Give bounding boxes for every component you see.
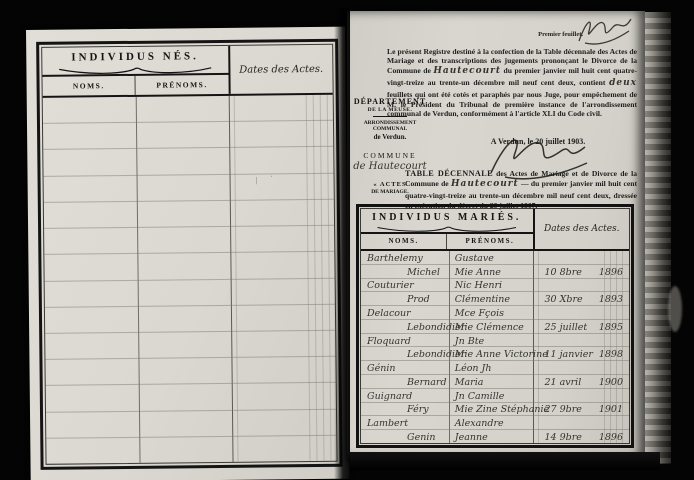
row-prenom: Jn Camille <box>451 392 533 402</box>
table-row: Delacour Mce Fçois <box>361 306 629 320</box>
row-date: 11 janvier <box>545 350 593 360</box>
row-nom: Guignard <box>361 392 451 402</box>
feuillets-count-handwritten: deux <box>609 78 637 88</box>
table-row-empty <box>43 95 333 124</box>
row-nom: Michel <box>361 268 451 278</box>
arrondissement-label: ARRONDISSEMENT COMMUNAL <box>349 120 431 132</box>
row-prenom: Nic Henri <box>451 281 533 291</box>
table-row-empty <box>44 252 334 281</box>
table-row: Lebondidier Mie Clémence 25 juillet1895 <box>361 320 629 334</box>
table-row: Michel Mie Anne 10 8bre1896 <box>361 265 629 279</box>
table-row-empty <box>43 147 333 176</box>
row-year: 1896 <box>599 433 623 443</box>
row-prenom: Jn Bte <box>451 337 533 347</box>
left-table-header: INDIVIDUS NÉS. NOMS. PRÉNOMS. Dates des … <box>42 45 333 98</box>
row-prenom: Mie Anne <box>451 268 533 278</box>
table-row: Prod Clémentine 30 Xbre1893 <box>361 292 629 306</box>
folio-label: Premier feuillet. <box>538 31 583 38</box>
departement-label: DÉPARTEMENT <box>349 97 431 106</box>
row-prenom: Maria <box>451 378 533 388</box>
table-row-empty <box>46 436 336 464</box>
row-date: 30 Xbre <box>545 295 583 305</box>
row-prenom: Jeanne <box>451 433 533 443</box>
row-date: 27 9bre <box>545 405 582 415</box>
left-table: INDIVIDUS NÉS. NOMS. PRÉNOMS. Dates des … <box>41 44 337 465</box>
table-row: Guignard Jn Camille <box>361 389 629 403</box>
married-table-title: INDIVIDUS MARIÉS. <box>361 209 533 226</box>
table-row-empty <box>45 278 335 307</box>
row-date: 25 juillet <box>545 323 588 333</box>
book-spine-shadow <box>334 8 350 480</box>
married-col-noms: NOMS. <box>361 234 447 249</box>
page-edge-highlight <box>668 286 682 332</box>
left-col-prenoms: PRÉNOMS. <box>136 75 228 95</box>
row-prenom: Mie Anne Victorine <box>451 350 533 360</box>
commune-label: COMMUNE <box>349 151 431 160</box>
row-nom: Couturier <box>361 281 451 291</box>
row-nom: Floquard <box>361 337 451 347</box>
row-nom: Lebondidier <box>361 323 451 333</box>
table-row: Barthelemy Gustave <box>361 251 629 265</box>
left-page-frame: INDIVIDUS NÉS. NOMS. PRÉNOMS. Dates des … <box>36 39 342 470</box>
left-subheader: NOMS. PRÉNOMS. <box>42 73 228 96</box>
row-prenom: Léon Jh <box>451 364 533 374</box>
row-prenom: Mie Zine Stéphanie <box>451 405 533 415</box>
married-dates-header: Dates des Actes. <box>533 209 629 249</box>
row-prenom: Gustave <box>451 254 533 264</box>
table-row-empty <box>45 331 335 360</box>
table-row-empty <box>44 173 334 202</box>
table-row-empty <box>43 121 333 150</box>
row-date: 10 8bre <box>545 268 582 278</box>
row-nom: Prod <box>361 295 451 305</box>
row-date: 14 9bre <box>545 433 582 443</box>
row-year: 1893 <box>599 295 623 305</box>
arrondissement-value: de Verdun. <box>349 133 431 141</box>
married-table-inner: INDIVIDUS MARIÉS. NOMS. PRÉNOMS. Dates d… <box>360 208 630 444</box>
row-nom: Génin <box>361 364 451 374</box>
left-col-noms: NOMS. <box>42 76 135 96</box>
married-table: INDIVIDUS MARIÉS. NOMS. PRÉNOMS. Dates d… <box>356 204 634 448</box>
table-row: Genin Jeanne 14 9bre1896 <box>361 430 629 443</box>
right-page: Premier feuillet. Le présent Registre de… <box>347 11 645 458</box>
row-prenom: Clémentine <box>451 295 533 305</box>
left-table-body <box>43 95 337 464</box>
married-table-body: Barthelemy Gustave Michel Mie Anne 10 8b… <box>361 251 629 443</box>
page-stack-edge <box>645 12 671 464</box>
row-year: 1900 <box>599 378 623 388</box>
married-subheader: NOMS. PRÉNOMS. <box>361 232 533 249</box>
table-row-empty <box>45 357 335 386</box>
row-prenom: Alexandre <box>451 419 533 429</box>
left-dates-header: Dates des Actes. <box>228 45 333 94</box>
ink-smudge: · <box>271 172 273 180</box>
row-nom: Bernard <box>361 378 451 388</box>
table-row: Bernard Maria 21 avril1900 <box>361 375 629 389</box>
decennale-lead: TABLE DÉCENNALE <box>405 169 493 178</box>
table-row: Couturier Nic Henri <box>361 279 629 293</box>
commune-handwritten: Hautecourt <box>433 66 501 76</box>
row-prenom: Mie Clémence <box>451 323 533 333</box>
married-title-zone: INDIVIDUS MARIÉS. NOMS. PRÉNOMS. <box>361 209 533 249</box>
row-nom: Genin <box>361 433 451 443</box>
bottom-shadow <box>350 452 660 470</box>
left-table-title: INDIVIDUS NÉS. <box>42 46 228 68</box>
row-nom: Lambert <box>361 419 451 429</box>
left-page: INDIVIDUS NÉS. NOMS. PRÉNOMS. Dates des … <box>26 27 350 480</box>
table-row: Lambert Alexandre <box>361 416 629 430</box>
row-year: 1898 <box>599 350 623 360</box>
married-col-prenoms: PRÉNOMS. <box>447 234 532 249</box>
table-row: Féry Mie Zine Stéphanie 27 9bre1901 <box>361 403 629 417</box>
table-row: Génin Léon Jh <box>361 361 629 375</box>
table-row-empty <box>46 409 336 438</box>
table-row: Lebondidier Mie Anne Victorine 11 janvie… <box>361 347 629 361</box>
decennale-commune-handwritten: Hautecourt <box>451 179 519 189</box>
row-year: 1901 <box>599 405 623 415</box>
table-row-empty <box>44 226 334 255</box>
left-title-zone: INDIVIDUS NÉS. NOMS. PRÉNOMS. <box>42 46 228 96</box>
divider <box>373 116 407 117</box>
row-prenom: Mce Fçois <box>451 309 533 319</box>
married-table-header: INDIVIDUS MARIÉS. NOMS. PRÉNOMS. Dates d… <box>361 209 629 251</box>
row-nom: Barthelemy <box>361 254 451 264</box>
row-nom: Féry <box>361 405 451 415</box>
table-row: Floquard Jn Bte <box>361 334 629 348</box>
row-year: 1895 <box>599 323 623 333</box>
register-scan: INDIVIDUS NÉS. NOMS. PRÉNOMS. Dates des … <box>0 0 694 480</box>
table-row-empty <box>45 305 335 334</box>
table-row-empty <box>46 383 336 412</box>
departement-value: DE LA MEUSE. <box>349 107 431 113</box>
row-year: 1896 <box>599 268 623 278</box>
table-row-empty <box>44 200 334 229</box>
row-date: 21 avril <box>545 378 582 388</box>
row-nom: Lebondidier <box>361 350 451 360</box>
row-nom: Delacour <box>361 309 451 319</box>
